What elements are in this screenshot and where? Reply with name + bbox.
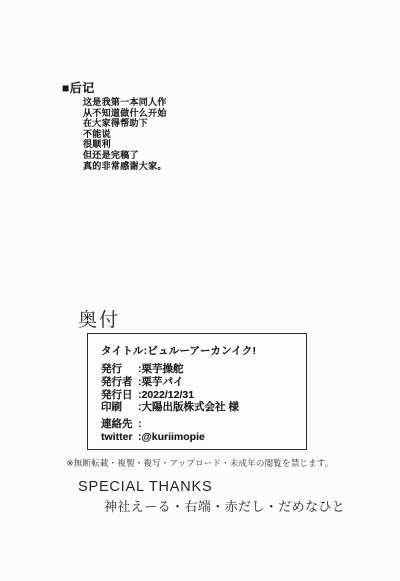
row-label: 連絡先 bbox=[101, 418, 138, 431]
colophon-rows: 発行 :栗芋操舵 発行者 :栗芋パイ 発行日 :2022/12/31 印刷 :大… bbox=[101, 363, 239, 414]
twitter-handle: :@kuriimopie bbox=[138, 431, 205, 444]
special-thanks-names: 神社えーる・右端・赤だし・だめなひと bbox=[104, 496, 345, 515]
row-value: : bbox=[138, 418, 205, 431]
afterword-line: 真的非常感谢大家。 bbox=[83, 161, 167, 172]
colophon-row-contact: 連絡先 : bbox=[101, 418, 205, 431]
colophon-row-printer: 印刷 :大陽出版株式会社 様 bbox=[101, 401, 239, 414]
colophon-title-line: タイトル:ビュルーアーカンイク! bbox=[101, 343, 256, 358]
colophon-row-publisher: 発行 :栗芋操舵 bbox=[101, 363, 239, 376]
colophon-row-date: 発行日 :2022/12/31 bbox=[101, 389, 239, 402]
afterword-line: 这是我第一本同人作 bbox=[83, 97, 167, 108]
row-label: twitter bbox=[101, 431, 138, 444]
colophon-row-author: 発行者 :栗芋パイ bbox=[101, 376, 239, 389]
colophon-box: タイトル:ビュルーアーカンイク! 発行 :栗芋操舵 発行者 :栗芋パイ 発行日 … bbox=[87, 333, 307, 450]
row-label: 発行 bbox=[101, 363, 138, 376]
row-label: 発行者 bbox=[101, 376, 138, 389]
afterword-line: 很顺利 bbox=[83, 139, 167, 150]
colophon-row-twitter: twitter :@kuriimopie bbox=[101, 431, 205, 444]
disclaimer-note: ※無断転載・複製・複写・アップロード・未成年の閲覧を禁じます。 bbox=[0, 457, 400, 469]
scanned-doujin-page: ■后记 这是我第一本同人作 从不知道做什么开始 在大家得帮助下 不能说 很顺利 … bbox=[0, 0, 400, 581]
row-label: 発行日 bbox=[101, 389, 138, 402]
afterword-line: 在大家得帮助下 bbox=[83, 118, 167, 129]
row-value: :2022/12/31 bbox=[138, 389, 239, 402]
afterword-line: 不能说 bbox=[83, 129, 167, 140]
row-value: :大陽出版株式会社 様 bbox=[138, 401, 239, 414]
afterword-heading: ■后记 bbox=[62, 79, 95, 96]
special-thanks-heading: SPECIAL THANKS bbox=[78, 479, 213, 495]
afterword-line: 但还是完稿了 bbox=[83, 150, 167, 161]
row-value: :栗芋パイ bbox=[138, 376, 239, 389]
colophon-contact-rows: 連絡先 : twitter :@kuriimopie bbox=[101, 418, 205, 444]
afterword-line: 从不知道做什么开始 bbox=[83, 108, 167, 119]
row-label: 印刷 bbox=[101, 401, 138, 414]
afterword-body: 这是我第一本同人作 从不知道做什么开始 在大家得帮助下 不能说 很顺利 但还是完… bbox=[83, 97, 167, 171]
row-value: :栗芋操舵 bbox=[138, 363, 239, 376]
colophon-heading: 奥付 bbox=[78, 305, 120, 332]
